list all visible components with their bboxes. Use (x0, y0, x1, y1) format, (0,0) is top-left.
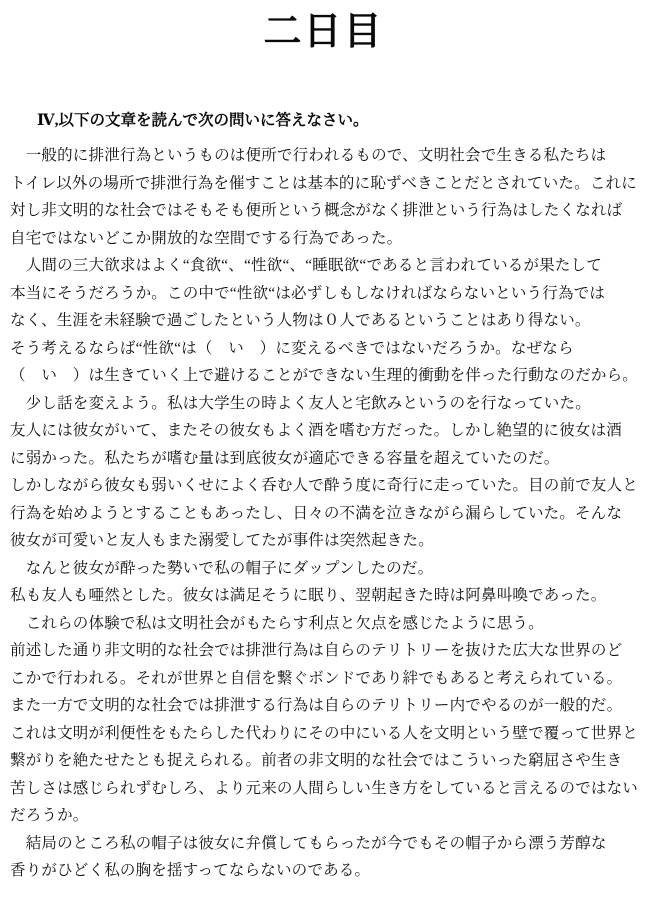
passage-body: 一般的に排泄行為というものは便所で行われるもので、文明社会で生きる私たちはトイレ… (10, 142, 647, 885)
passage-line: 自宅ではないどこか開放的な空間でする行為であった。 (10, 225, 640, 253)
passage-line: 人間の三大欲求はよく“食欲“、“性欲“、“睡眠欲“であると言われているが果たして (10, 252, 640, 280)
passage-line: 対し非文明的な社会ではそもそも便所という概念がなく排泄という行為はしたくなれば (10, 197, 640, 225)
passage-line: 苦しさは感じられずむしろ、より元来の人間らしい生き方をしていると言えるのではない (10, 775, 640, 803)
passage-line: （ い ）は生きていく上で避けることができない生理的衝動を伴った行動なのだから。 (10, 362, 640, 390)
question-prompt: Ⅳ,以下の文章を読んで次の問いに答えなさい。 (37, 110, 647, 132)
passage-line: なく、生涯を未経験で過ごしたという人物は０人であるということはあり得ない。 (10, 307, 640, 335)
passage-line: 繋がりを絶たせたとも捉えられる。前者の非文明的な社会ではこういった窮屈さや生き (10, 747, 640, 775)
passage-line: だろうか。 (10, 802, 640, 830)
passage-line: 一般的に排泄行為というものは便所で行われるもので、文明社会で生きる私たちは (10, 142, 640, 170)
passage-line: に弱かった。私たちが嗜む量は到底彼女が適応できる容量を超えていたのだ。 (10, 445, 640, 473)
passage-line: なんと彼女が酔った勢いで私の帽子にダップンしたのだ。 (10, 555, 640, 583)
passage-line: また一方で文明的な社会では排泄する行為は自らのテリトリー内でやるのが一般的だ。 (10, 692, 640, 720)
passage-line: 前述した通り非文明的な社会では排泄行為は自らのテリトリーを抜けた広大な世界のど (10, 637, 640, 665)
passage-line: しかしながら彼女も弱いくせによく呑む人で酔う度に奇行に走っていた。目の前で友人と (10, 472, 640, 500)
passage-line: 本当にそうだろうか。この中で“性欲“は必ずしもしなければならないという行為では (10, 280, 640, 308)
document-page: 二日目 Ⅳ,以下の文章を読んで次の問いに答えなさい。 一般的に排泄行為というもの… (0, 0, 647, 909)
passage-line: 行為を始めようとすることもあったし、日々の不満を泣きながら漏らしていた。そんな (10, 500, 640, 528)
passage-line: 友人には彼女がいて、またその彼女もよく酒を嗜む方だった。しかし絶望的に彼女は酒 (10, 417, 640, 445)
passage-line: 少し話を変えよう。私は大学生の時よく友人と宅飲みというのを行なっていた。 (10, 390, 640, 418)
passage-line: これは文明が利便性をもたらした代わりにその中にいる人を文明という壁で覆って世界と (10, 720, 640, 748)
page-title: 二日目 (0, 10, 647, 54)
passage-line: 彼女が可愛いと友人もまた溺愛してたが事件は突然起きた。 (10, 527, 640, 555)
passage-line: 香りがひどく私の胸を揺すってならないのである。 (10, 857, 640, 885)
passage-line: トイレ以外の場所で排泄行為を催すことは基本的に恥ずべきことだとされていた。これに (10, 170, 640, 198)
passage-line: 私も友人も唖然とした。彼女は満足そうに眠り、翌朝起きた時は阿鼻叫喚であった。 (10, 582, 640, 610)
passage-line: こかで行われる。それが世界と自信を繋ぐボンドであり絆でもあると考えられている。 (10, 665, 640, 693)
passage-line: 結局のところ私の帽子は彼女に弁償してもらったが今でもその帽子から漂う芳醇な (10, 830, 640, 858)
passage-line: そう考えるならば“性欲“は（ い ）に変えるべきではないだろうか。なぜなら (10, 335, 640, 363)
passage-line: これらの体験で私は文明社会がもたらす利点と欠点を感じたように思う。 (10, 610, 640, 638)
